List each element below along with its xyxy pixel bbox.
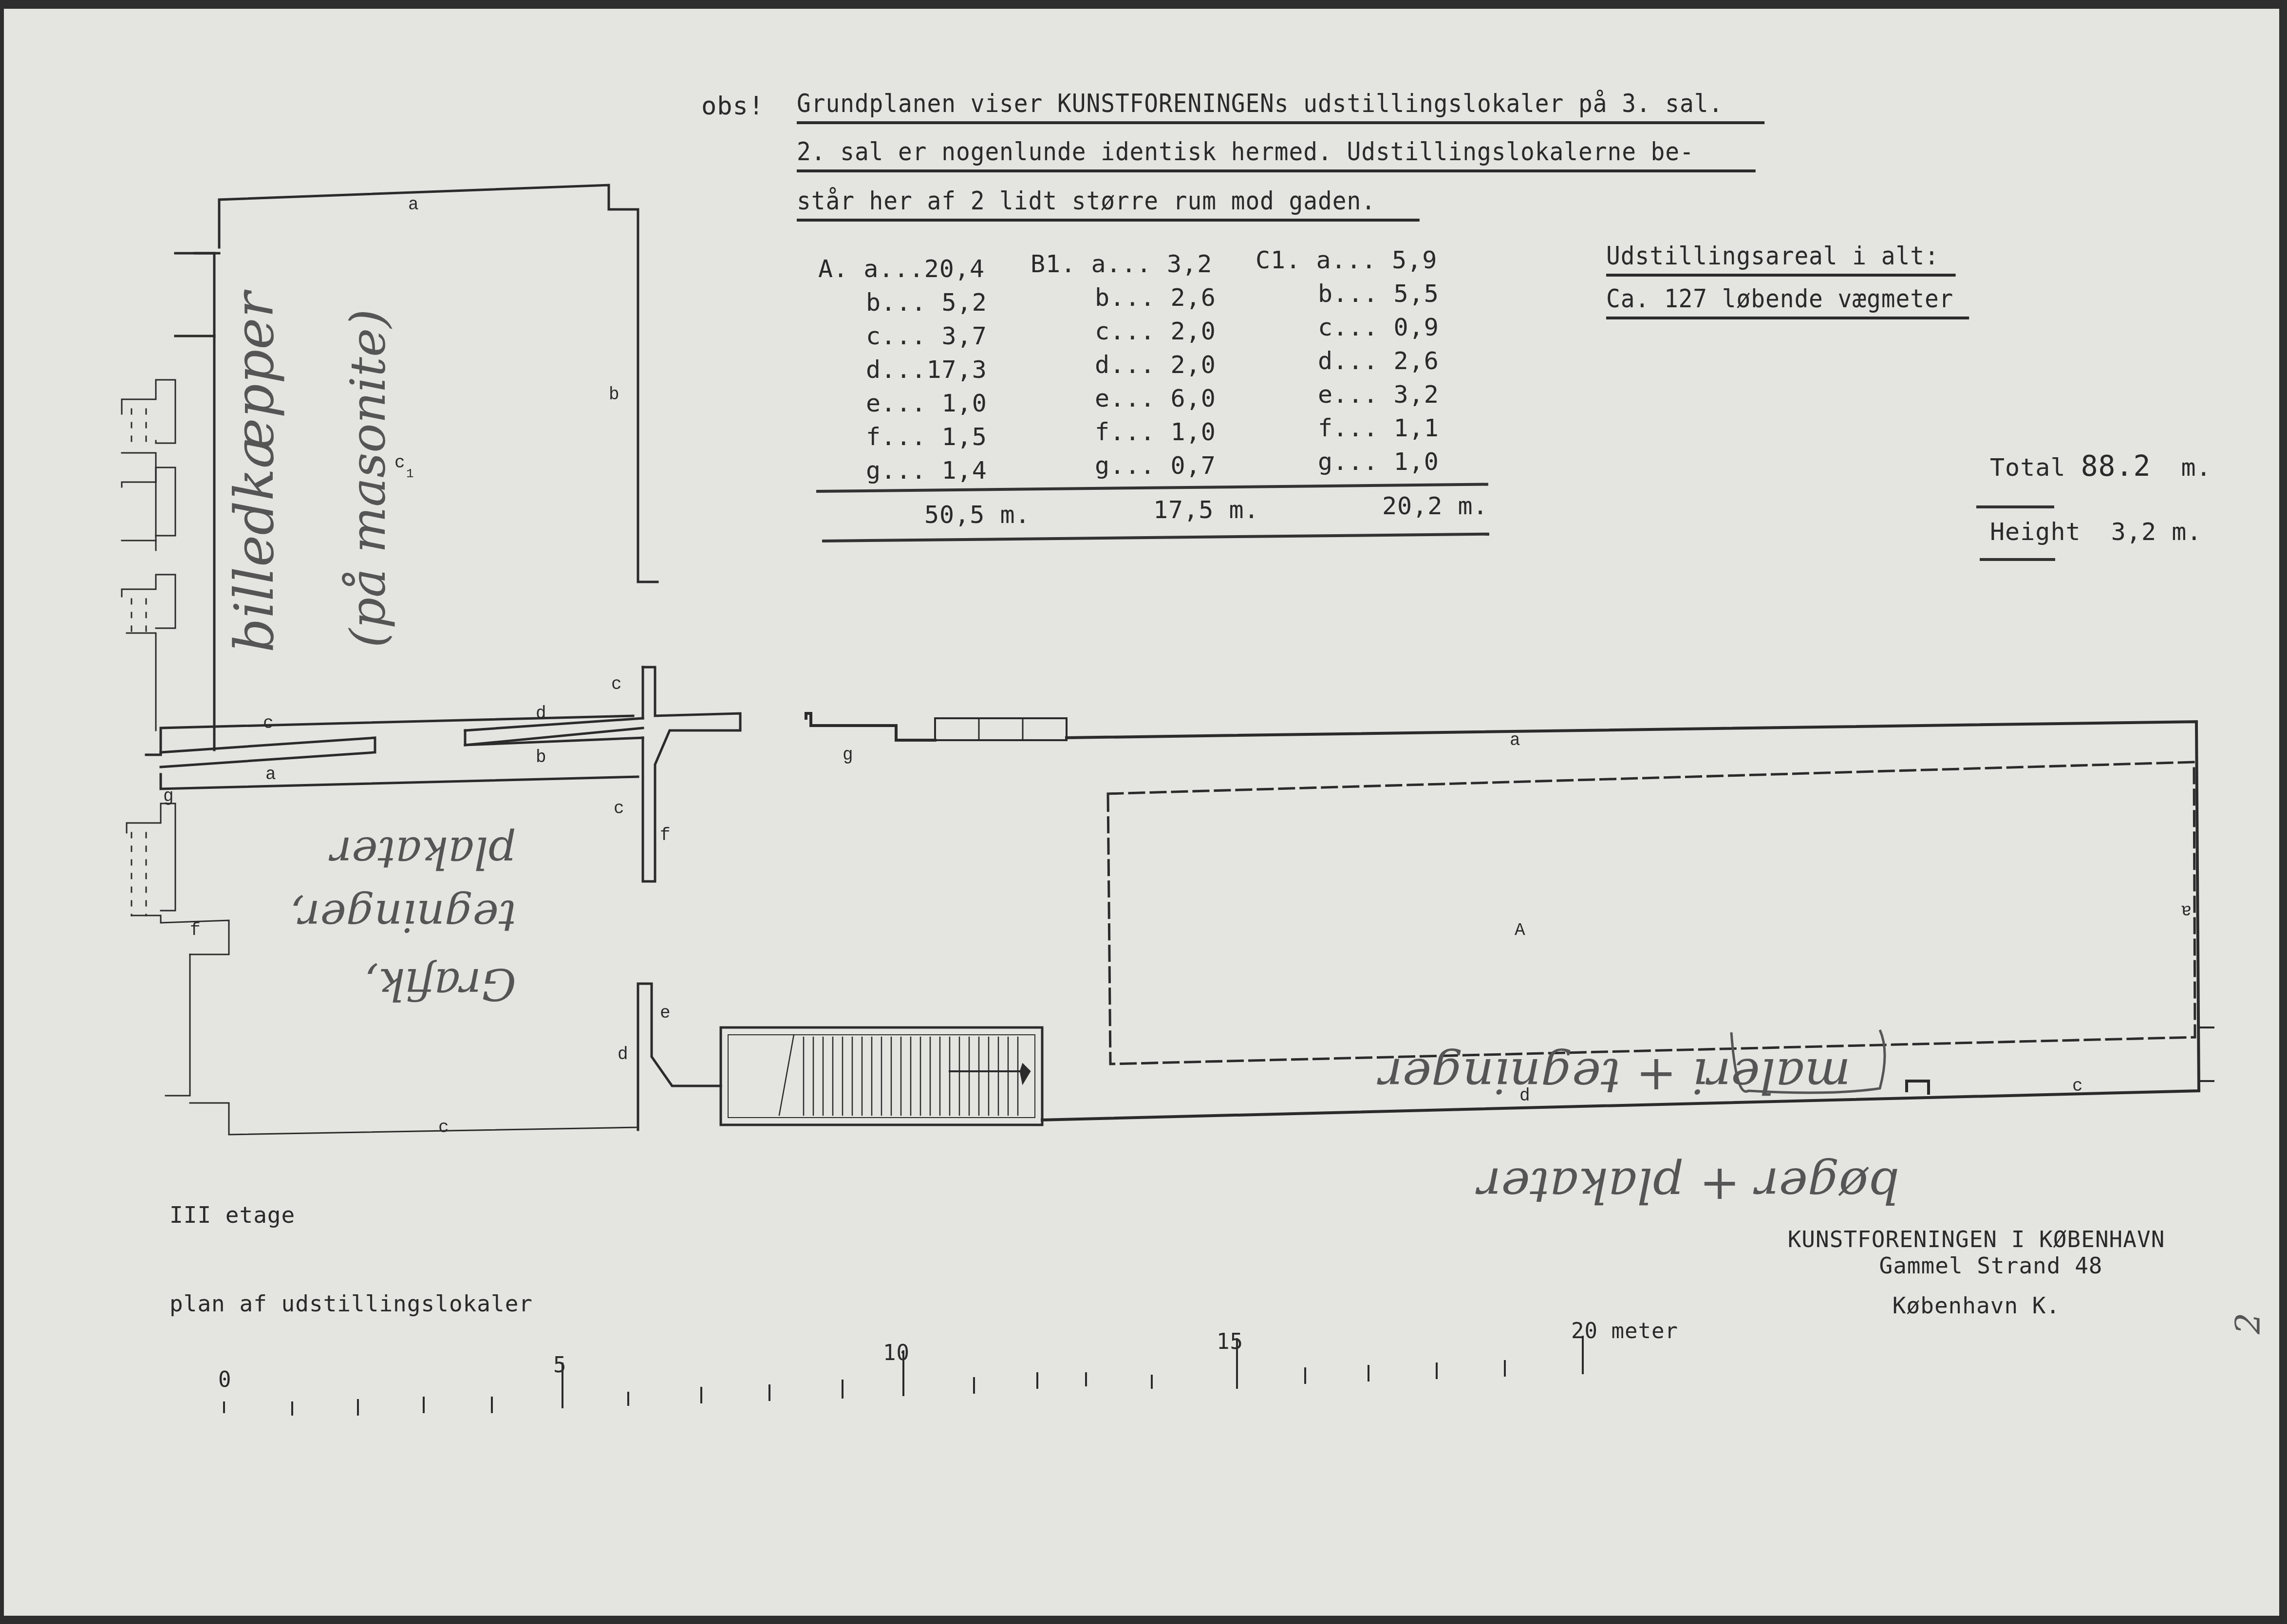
note-b1-line2: tegninger, [290, 890, 516, 941]
svg-text:f: f [660, 825, 671, 845]
svg-text:a: a [265, 765, 276, 784]
svg-text:d: d [536, 704, 546, 724]
svg-text:a: a [408, 195, 419, 215]
svg-text:c: c [2072, 1076, 2083, 1096]
svg-text:b: b [536, 747, 546, 767]
hanging-zone-dashed [1108, 762, 2195, 1064]
note-c1-line2: (på masonite) [339, 309, 396, 648]
handwritten-notes: billedkæpper (på masonite) plakater tegn… [223, 289, 2268, 1335]
floor-plan-drawing: a b c 1 c a g c d b c f f d e c g a A a … [0, 0, 2287, 1624]
svg-text:c: c [263, 713, 274, 733]
svg-text:c: c [438, 1118, 449, 1138]
note-b1-line1: plakater [328, 827, 516, 878]
room-b1-walls [638, 984, 1042, 1130]
note-c1-line1: billedkæpper [223, 289, 285, 653]
svg-text:g: g [163, 786, 174, 806]
note-a-inside: maleri + tegninger [1377, 1047, 1851, 1104]
svg-text:c: c [611, 674, 622, 694]
svg-text:A: A [1515, 920, 1525, 940]
scale-bar [224, 1337, 1583, 1415]
svg-text:e: e [660, 1003, 671, 1023]
svg-text:c: c [614, 799, 624, 819]
svg-text:f: f [190, 920, 201, 940]
staircase [779, 1035, 1030, 1115]
svg-text:1: 1 [406, 467, 414, 481]
svg-text:d: d [618, 1045, 628, 1064]
note-b1-line3: Grafik, [364, 958, 516, 1009]
svg-text:a: a [2181, 900, 2192, 920]
page-mark: 2 [2228, 1312, 2268, 1335]
svg-text:b: b [609, 385, 619, 405]
note-a-below: bøger + plakater [1475, 1157, 1899, 1214]
svg-text:a: a [1510, 730, 1520, 750]
svg-text:g: g [843, 745, 853, 765]
